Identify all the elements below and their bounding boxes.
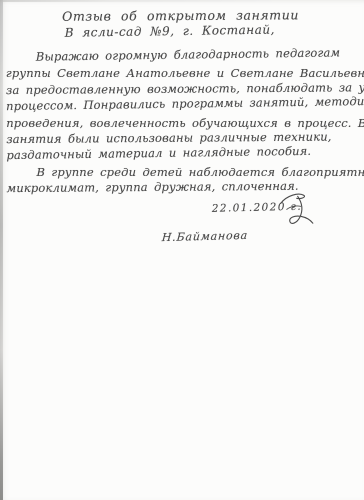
handwritten-line: Выражаю огромную благодарность педагогам — [6, 44, 361, 65]
handwritten-content: Отзыв об открытом занятии В ясли-сад №9,… — [0, 0, 364, 500]
document-body: Выражаю огромную благодарность педагогам… — [6, 47, 362, 197]
handwritten-line: процессом. Понравились программы занятий… — [6, 93, 361, 114]
scanned-document-page: Отзыв об открытом занятии В ясли-сад №9,… — [0, 0, 364, 500]
signature-flourish-icon — [277, 189, 317, 231]
document-title: Отзыв об открытом занятии — [0, 7, 363, 24]
document-subtitle: В ясли-сад №9, г. Костанай, — [65, 23, 275, 40]
signature-name: Н.Байманова — [161, 229, 248, 244]
handwritten-line: раздаточный материал и наглядные пособия… — [6, 142, 361, 163]
